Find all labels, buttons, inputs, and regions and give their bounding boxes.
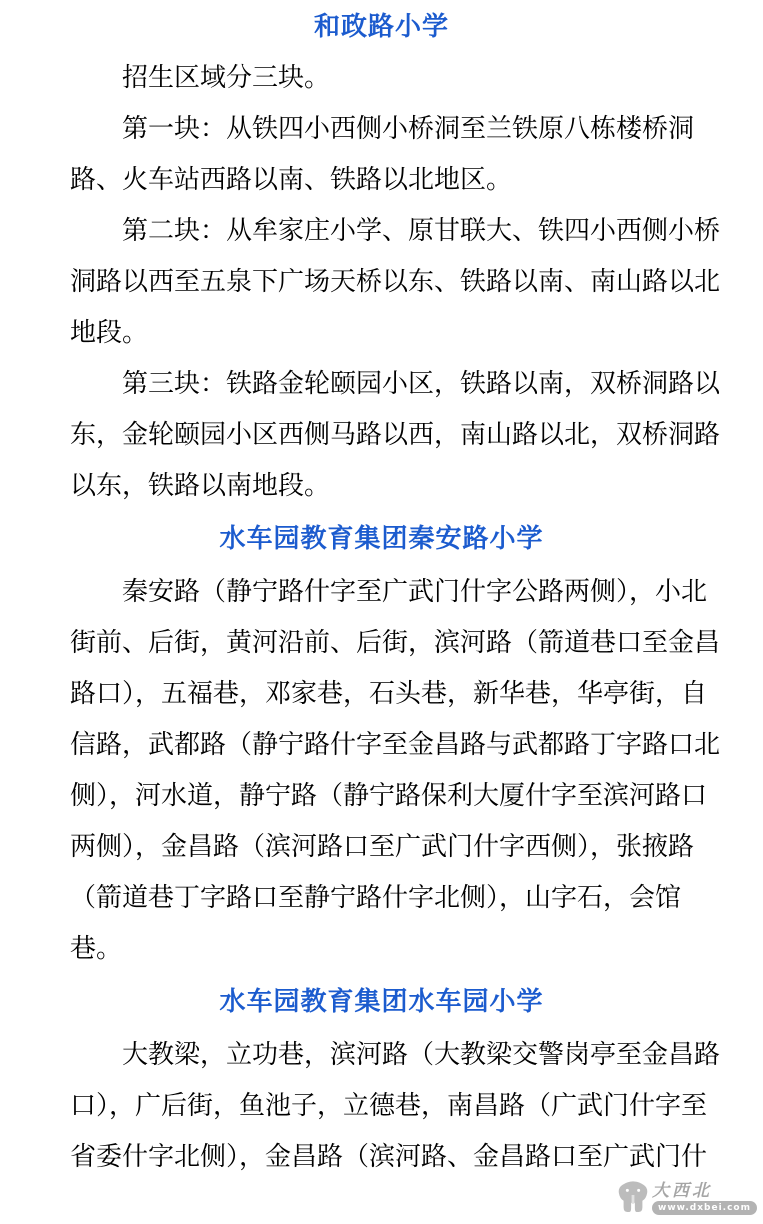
text-line: 以东，铁路以南地段。 bbox=[70, 461, 693, 512]
text-line: 大教梁，立功巷，滨河路（大教梁交警岗亭至金昌路 bbox=[70, 1030, 693, 1081]
text-line: 洞路以西至五泉下广场天桥以东、铁路以南、南山路以北 bbox=[70, 257, 693, 308]
text-line: 街前、后街，黄河沿前、后街，滨河路（箭道巷口至金昌 bbox=[70, 618, 693, 669]
text-line: 第三块：铁路金轮颐园小区，铁路以南，双桥洞路以 bbox=[70, 359, 693, 410]
school-heading-shuicheyuan: 水车园教育集团水车园小学 bbox=[70, 977, 693, 1028]
text-line: 口），广后街，鱼池子，立德巷，南昌路（广武门什字至 bbox=[70, 1081, 693, 1132]
text-line: （箭道巷丁字路口至静宁路什字北侧），山字石，会馆 bbox=[70, 873, 693, 924]
text-line: 省委什字北侧），金昌路（滨河路、金昌路口至广武门什 bbox=[70, 1132, 693, 1183]
document-content: 和政路小学 招生区域分三块。 第一块：从铁四小西侧小桥洞至兰铁原八栋楼桥洞 路、… bbox=[0, 0, 763, 1183]
school-heading-hezhenglu: 和政路小学 bbox=[70, 2, 693, 53]
text-line: 地段。 bbox=[70, 308, 693, 359]
watermark-url: www.dxbei.com bbox=[652, 1201, 757, 1215]
text-line: 巷。 bbox=[70, 924, 693, 975]
text-line: 信路，武都路（静宁路什字至金昌路与武都路丁字路口北 bbox=[70, 720, 693, 771]
text-line: 路、火车站西路以南、铁路以北地区。 bbox=[70, 155, 693, 206]
text-line: 秦安路（静宁路什字至广武门什字公路两侧），小北 bbox=[70, 567, 693, 618]
text-line: 两侧），金昌路（滨河路口至广武门什字西侧），张掖路 bbox=[70, 822, 693, 873]
elephant-logo-icon bbox=[617, 1178, 649, 1218]
text-line: 侧），河水道，静宁路（静宁路保利大厦什字至滨河路口 bbox=[70, 771, 693, 822]
text-line: 路口），五福巷，邓家巷，石头巷，新华巷，华亭街，自 bbox=[70, 669, 693, 720]
text-line: 招生区域分三块。 bbox=[70, 53, 693, 104]
document-page: 和政路小学 招生区域分三块。 第一块：从铁四小西侧小桥洞至兰铁原八栋楼桥洞 路、… bbox=[0, 0, 763, 1224]
watermark: 大西北 www.dxbei.com bbox=[617, 1178, 757, 1218]
school-heading-qinanlu: 水车园教育集团秦安路小学 bbox=[70, 514, 693, 565]
text-line: 第一块：从铁四小西侧小桥洞至兰铁原八栋楼桥洞 bbox=[70, 104, 693, 155]
watermark-brand: 大西北 bbox=[652, 1182, 712, 1201]
text-line: 第二块：从牟家庄小学、原甘联大、铁四小西侧小桥 bbox=[70, 206, 693, 257]
text-line: 东，金轮颐园小区西侧马路以西，南山路以北，双桥洞路 bbox=[70, 410, 693, 461]
